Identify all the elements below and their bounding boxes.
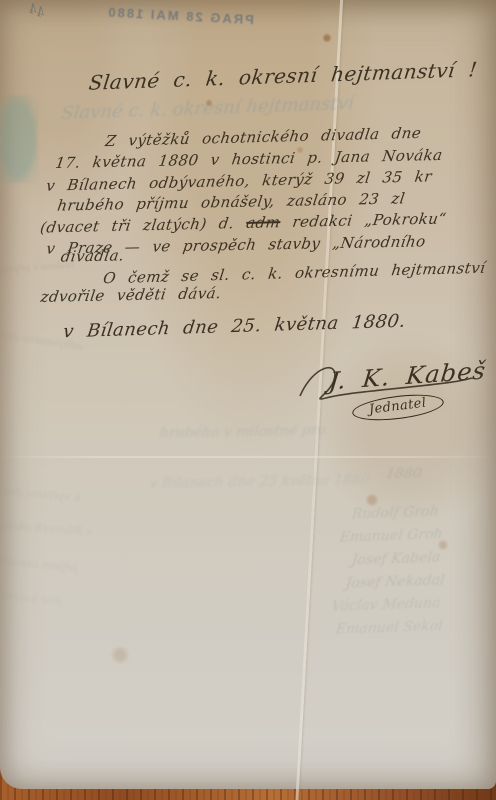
photographed-document: PRAG 28 MAI 1880 44 Slavné c. k. okresní… xyxy=(0,0,496,800)
body-line-post: redakci „Pokroku“ xyxy=(291,209,447,230)
body-line: divadla. xyxy=(60,246,126,265)
bleedthrough-revenue-stamp xyxy=(0,95,38,183)
crossed-out-word: adm xyxy=(245,213,282,232)
signature-seal: Jednatel xyxy=(352,396,444,419)
body-line: zdvořile věděti dává. xyxy=(39,284,222,306)
seal-word: Jednatel xyxy=(368,396,427,418)
horizontal-fold-crease xyxy=(0,456,496,458)
